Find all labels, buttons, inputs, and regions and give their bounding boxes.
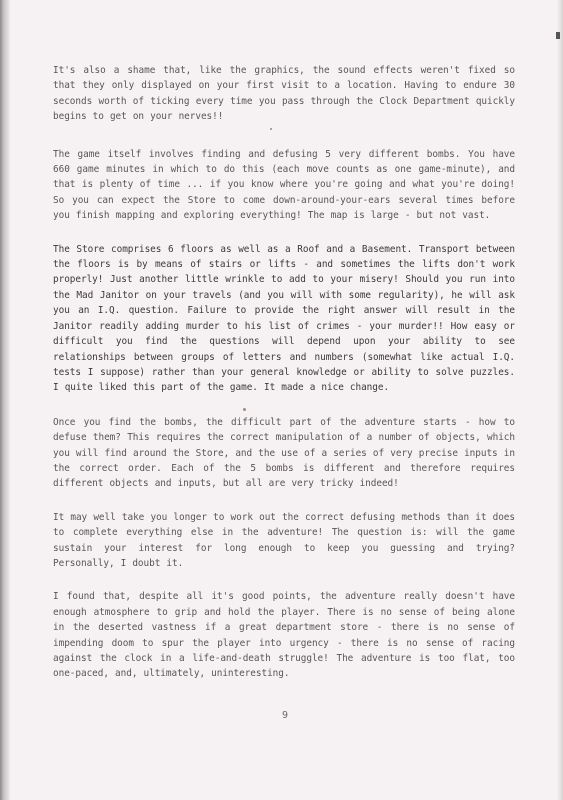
paragraph-interest: It may well take you longer to work out … bbox=[53, 510, 515, 572]
page-binding-edge bbox=[0, 0, 10, 800]
paragraph-sound-effects: It's also a shame that, like the graphic… bbox=[53, 63, 515, 125]
paragraph-conclusion: I found that, despite all it's good poin… bbox=[53, 589, 515, 681]
paper-speck bbox=[243, 408, 246, 411]
paragraph-game-objective: The game itself involves finding and def… bbox=[53, 147, 515, 224]
page-right-edge bbox=[557, 0, 563, 800]
page-number: 9 bbox=[282, 710, 288, 721]
paper-speck bbox=[270, 128, 272, 130]
article-body: It's also a shame that, like the graphic… bbox=[53, 63, 515, 700]
staple-mark bbox=[556, 32, 560, 39]
paragraph-store-layout: The Store comprises 6 floors as well as … bbox=[53, 242, 515, 396]
paragraph-defusing-bombs: Once you find the bombs, the difficult p… bbox=[53, 415, 515, 492]
